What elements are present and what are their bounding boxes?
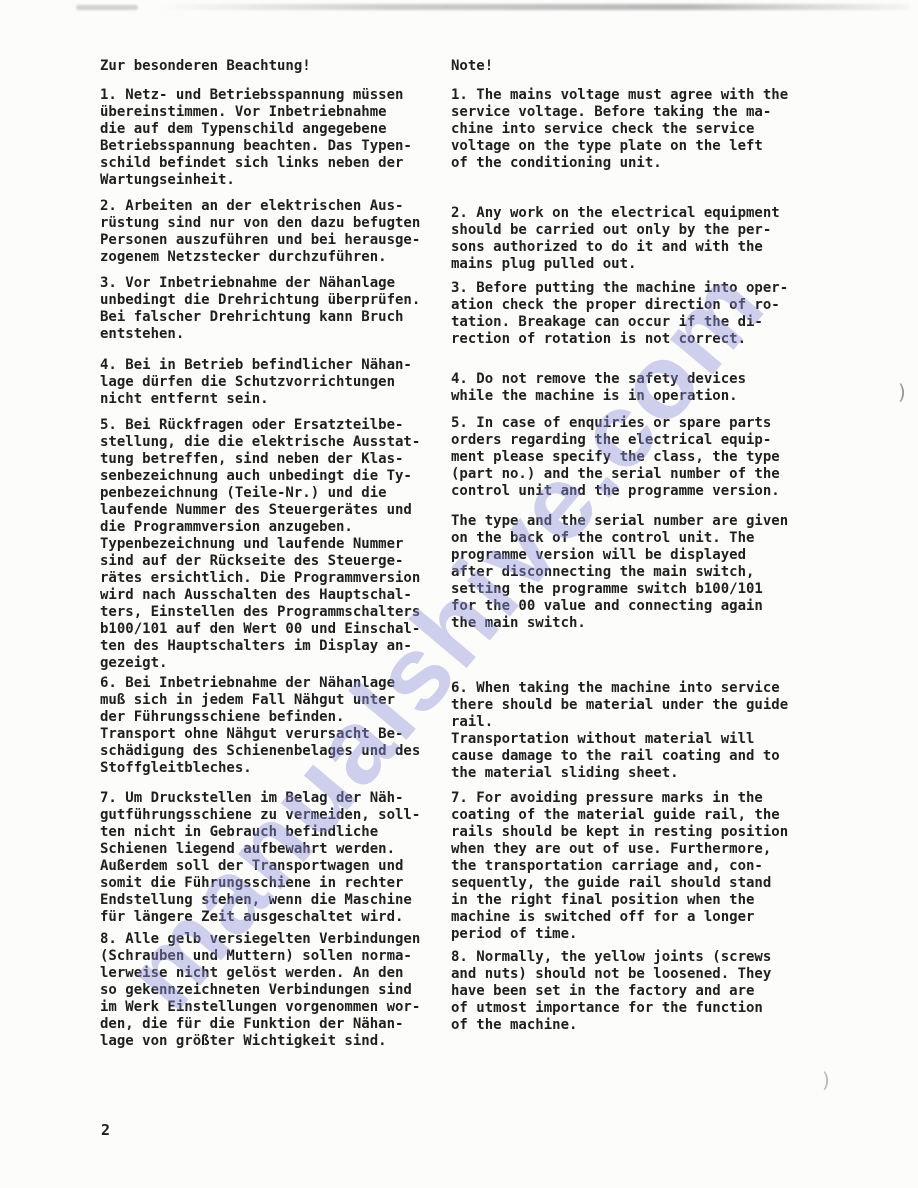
column-english: Note! 1. The mains voltage must agree wi… [451, 58, 811, 1034]
paragraph-en-5b: The type and the serial number are given… [451, 513, 811, 632]
paragraph-de-8: 8. Alle gelb versiegelten Verbindungen (… [100, 931, 445, 1050]
heading-english: Note! [451, 58, 811, 75]
page-number: 2 [101, 1122, 110, 1139]
paragraph-de-7: 7. Um Druckstellen im Belag der Näh- gut… [100, 790, 445, 926]
scanned-manual-page: Zur besonderen Beachtung! 1. Netz- und B… [0, 0, 918, 1188]
column-german: Zur besonderen Beachtung! 1. Netz- und B… [100, 58, 445, 1050]
paragraph-de-5: 5. Bei Rückfragen oder Ersatzteilbe- ste… [100, 417, 445, 672]
scan-artifact-top-streak [160, 4, 910, 10]
paragraph-de-6: 6. Bei Inbetriebnahme der Nähanlage muß … [100, 675, 445, 777]
scan-artifact-stray-mark: ) [822, 1072, 830, 1089]
heading-german: Zur besonderen Beachtung! [100, 58, 445, 75]
scan-artifact-stray-mark: ) [898, 384, 906, 401]
paragraph-en-3: 3. Before putting the machine into oper-… [451, 280, 811, 348]
scan-artifact-top-smudge [76, 5, 138, 10]
paragraph-en-6: 6. When taking the machine into service … [451, 680, 811, 782]
paragraph-en-8: 8. Normally, the yellow joints (screws a… [451, 949, 811, 1034]
paragraph-en-4: 4. Do not remove the safety devices whil… [451, 371, 811, 405]
paragraph-en-2: 2. Any work on the electrical equipment … [451, 205, 811, 273]
paragraph-de-1: 1. Netz- und Betriebsspannung müssen übe… [100, 87, 445, 189]
paragraph-en-7: 7. For avoiding pressure marks in the co… [451, 790, 811, 943]
paragraph-de-2: 2. Arbeiten an der elektrischen Aus- rüs… [100, 198, 445, 266]
paragraph-de-4: 4. Bei in Betrieb befindlicher Nähan- la… [100, 357, 445, 408]
paragraph-en-5: 5. In case of enquiries or spare parts o… [451, 415, 811, 500]
paragraph-de-3: 3. Vor Inbetriebnahme der Nähanlage unbe… [100, 275, 445, 343]
paragraph-en-1: 1. The mains voltage must agree with the… [451, 87, 811, 172]
